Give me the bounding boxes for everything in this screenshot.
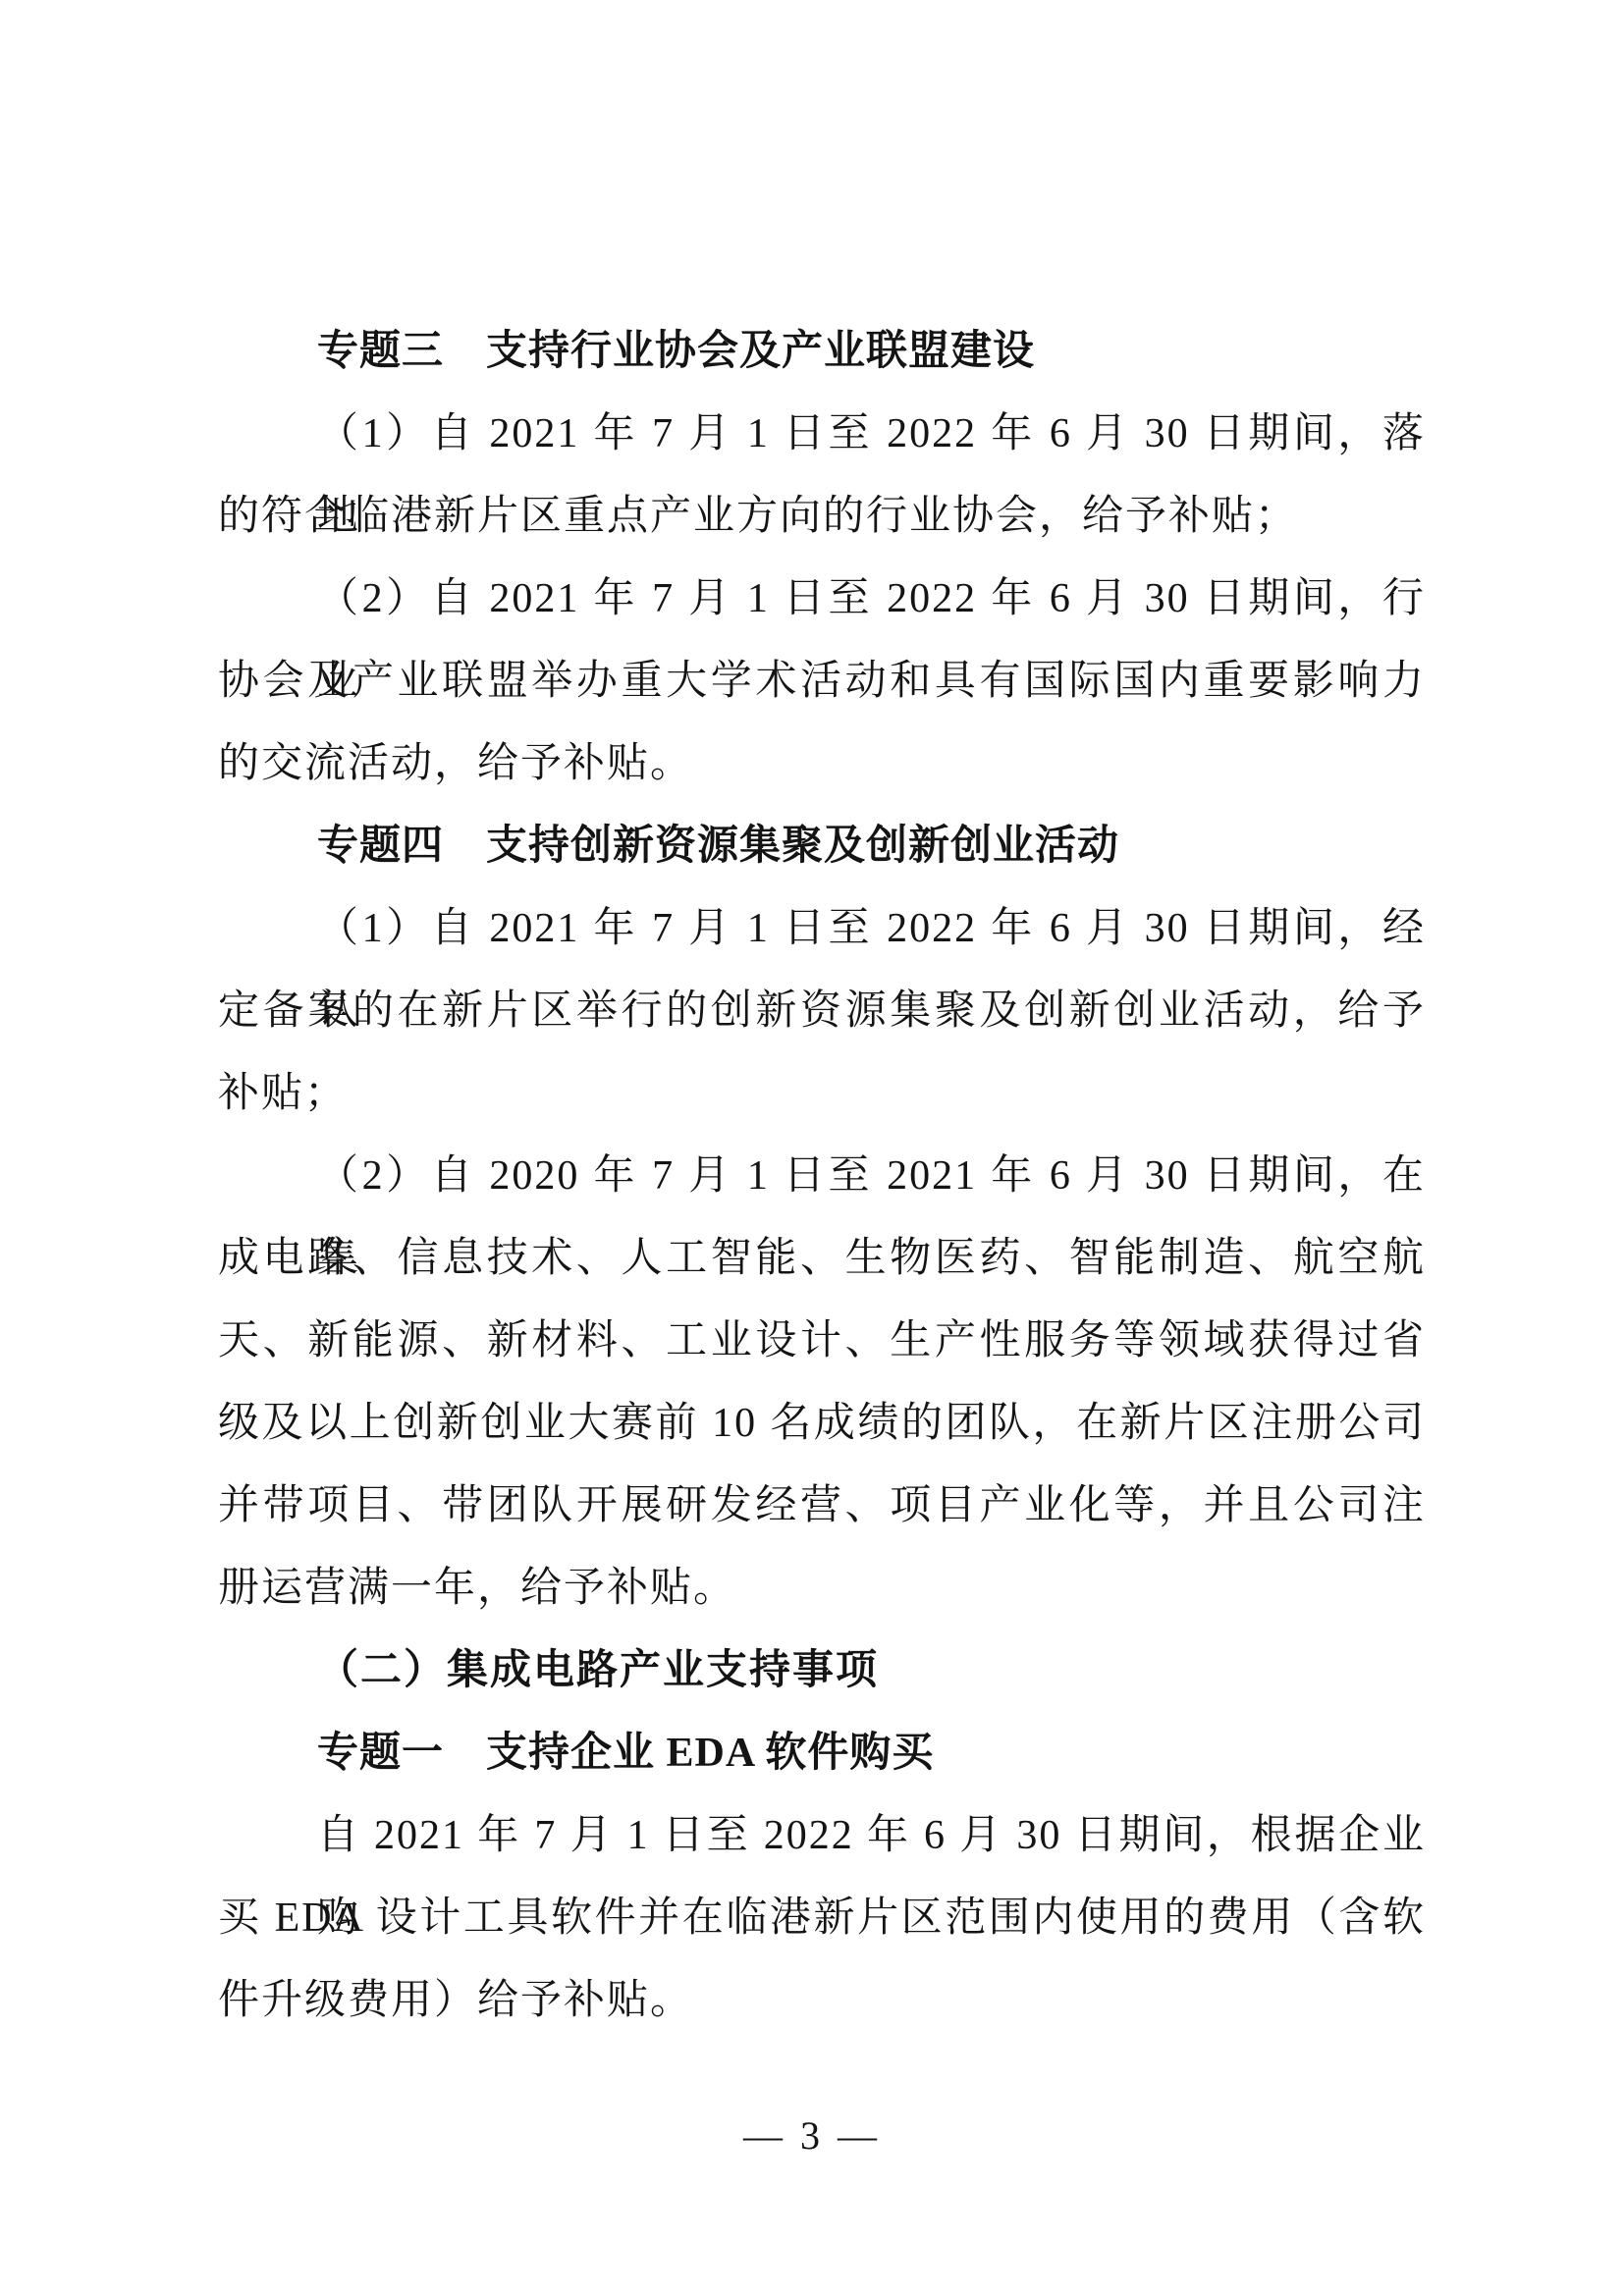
section-heading-topic3: 专题三 支持行业协会及产业联盟建设: [218, 310, 1426, 393]
document-body: 专题三 支持行业协会及产业联盟建设 （1）自 2021 年 7 月 1 日至 2…: [218, 310, 1426, 2042]
paragraph-line: （2）自 2020 年 7 月 1 日至 2021 年 6 月 30 日期间，在…: [218, 1135, 1426, 1217]
paragraph-line: 定备案的在新片区举行的创新资源集聚及创新创业活动，给予: [218, 970, 1426, 1052]
paragraph-line: 并带项目、带团队开展研发经营、项目产业化等，并且公司注: [218, 1465, 1426, 1547]
paragraph-line: 册运营满一年，给予补贴。: [218, 1547, 1426, 1629]
section-heading-topic4: 专题四 支持创新资源集聚及创新创业活动: [218, 805, 1426, 887]
paragraph-line: 买 EDA 设计工具软件并在临港新片区范围内使用的费用（含软: [218, 1877, 1426, 1959]
paragraph-line: 协会及产业联盟举办重大学术活动和具有国际国内重要影响力: [218, 640, 1426, 722]
paragraph-line: 件升级费用）给予补贴。: [218, 1959, 1426, 2042]
paragraph-line: 的符合临港新片区重点产业方向的行业协会，给予补贴；: [218, 475, 1426, 558]
section-heading-topic1: 专题一 支持企业 EDA 软件购买: [218, 1712, 1426, 1794]
document-page: 专题三 支持行业协会及产业联盟建设 （1）自 2021 年 7 月 1 日至 2…: [0, 0, 1624, 2296]
page-number: — 3 —: [0, 2107, 1624, 2165]
paragraph-line: （2）自 2021 年 7 月 1 日至 2022 年 6 月 30 日期间，行…: [218, 558, 1426, 640]
paragraph-line: 补贴；: [218, 1052, 1426, 1135]
paragraph-line: 自 2021 年 7 月 1 日至 2022 年 6 月 30 日期间，根据企业…: [218, 1794, 1426, 1877]
paragraph-line: （1）自 2021 年 7 月 1 日至 2022 年 6 月 30 日期间，经…: [218, 887, 1426, 970]
paragraph-line: 级及以上创新创业大赛前 10 名成绩的团队，在新片区注册公司: [218, 1382, 1426, 1465]
paragraph-line: 成电路、信息技术、人工智能、生物医药、智能制造、航空航: [218, 1217, 1426, 1300]
paragraph-line: 的交流活动，给予补贴。: [218, 722, 1426, 805]
paragraph-line: 天、新能源、新材料、工业设计、生产性服务等领域获得过省: [218, 1300, 1426, 1382]
paragraph-line: （1）自 2021 年 7 月 1 日至 2022 年 6 月 30 日期间，落…: [218, 393, 1426, 475]
subsection-heading-ic: （二）集成电路产业支持事项: [218, 1629, 1426, 1712]
